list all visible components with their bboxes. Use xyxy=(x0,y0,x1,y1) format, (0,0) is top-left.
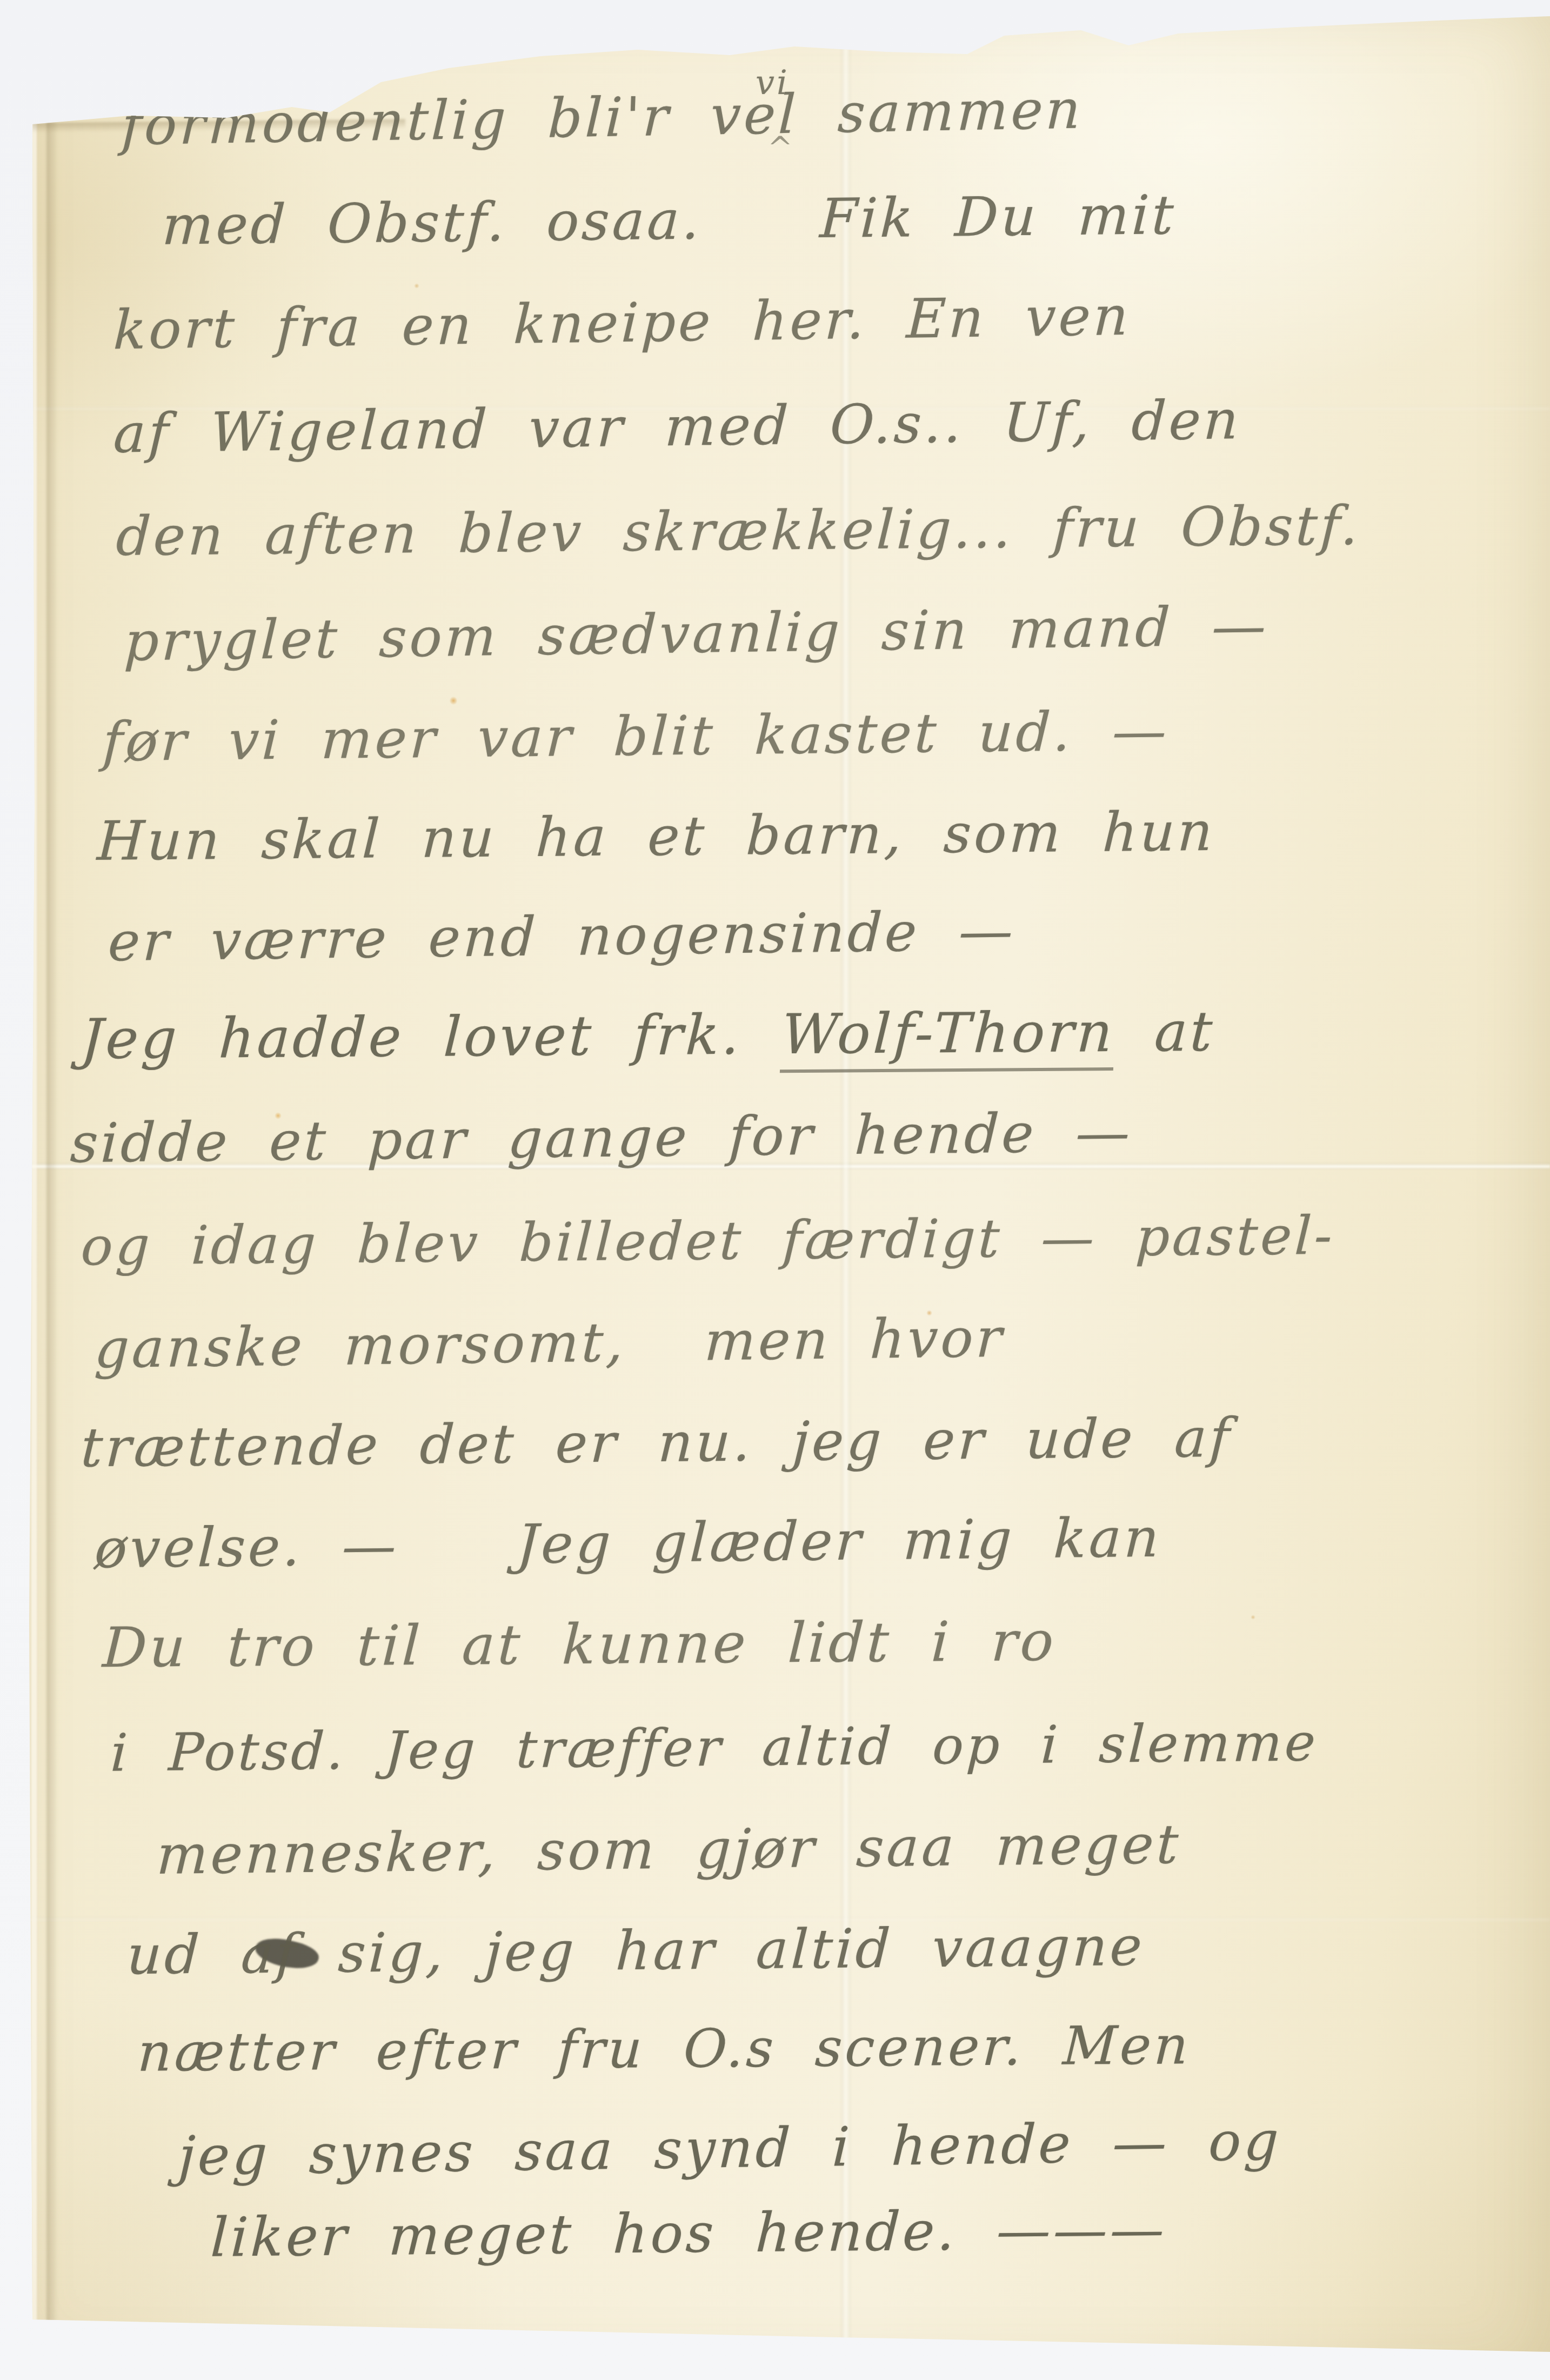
handwriting-line-17: i Potsd. Jeg træffer altid op i slemme xyxy=(110,1716,1319,1779)
letter-paper: vi ^ formodentlig bli'r vel sammenmed Ob… xyxy=(0,0,1550,2380)
handwriting-line-1: formodentlig bli'r vel sammen xyxy=(121,82,1084,153)
handwriting-line-16: Du tro til at kunne lidt i ro xyxy=(102,1614,1058,1676)
handwriting-line-6: pryglet som sædvanlig sin mand — xyxy=(123,599,1270,669)
handwriting-line-7: før vi mer var blit kastet ud. — xyxy=(102,704,1170,770)
age-spot xyxy=(450,696,457,705)
paper-left-edge-highlight xyxy=(31,120,37,2380)
handwriting-line-18: mennesker, som gjør saa meget xyxy=(156,1817,1182,1882)
handwriting-line-19: ud af sig, jeg har altid vaagne xyxy=(126,1920,1146,1982)
handwriting-line-21: jeg synes saa synd i hende — og xyxy=(177,2114,1282,2184)
handwriting-line-4: af Wigeland var med O.s.. Uf, den xyxy=(112,393,1242,461)
handwriting-line-11: sidde et par gange for hende — xyxy=(69,1106,1134,1171)
age-spot xyxy=(1251,1615,1255,1620)
handwriting-line-13: ganske morsomt, men hvor xyxy=(93,1311,1006,1376)
age-spot xyxy=(414,283,419,289)
handwriting-line-12: og idag blev billedet færdigt — pastel- xyxy=(80,1209,1336,1273)
underlined-word: Wolf-Thorn xyxy=(780,1000,1116,1073)
handwriting-line-10: Jeg hadde lovet frk. Wolf-Thorn at xyxy=(80,1005,1217,1068)
handwriting-line-5: den aften blev skrækkelig... fru Obstf. xyxy=(115,499,1362,564)
handwriting-line-8: Hun skal nu ha et barn, som hun xyxy=(96,805,1217,868)
paper-fold-vertical-left xyxy=(46,97,62,2380)
line-text: at xyxy=(1113,1000,1217,1065)
handwriting-line-9: er værre end nogensinde — xyxy=(107,904,1017,970)
handwriting-line-14: trættende det er nu. jeg er ude af xyxy=(80,1411,1233,1475)
handwriting-line-20: nætter efter fru O.s scener. Men xyxy=(137,2019,1192,2080)
letter-scan: vi ^ formodentlig bli'r vel sammenmed Ob… xyxy=(0,0,1550,2380)
handwriting-line-15: øvelse. — Jeg glæder mig kan xyxy=(93,1511,1162,1576)
handwriting-line-3: kort fra en kneipe her. En ven xyxy=(112,289,1132,357)
handwriting-line-22: liker meget hos hende. ——— xyxy=(210,2202,1168,2264)
line-text: Jeg hadde lovet frk. xyxy=(79,1002,783,1072)
handwriting-line-2: med Obstf. osaa. Fik Du mit xyxy=(161,188,1177,253)
